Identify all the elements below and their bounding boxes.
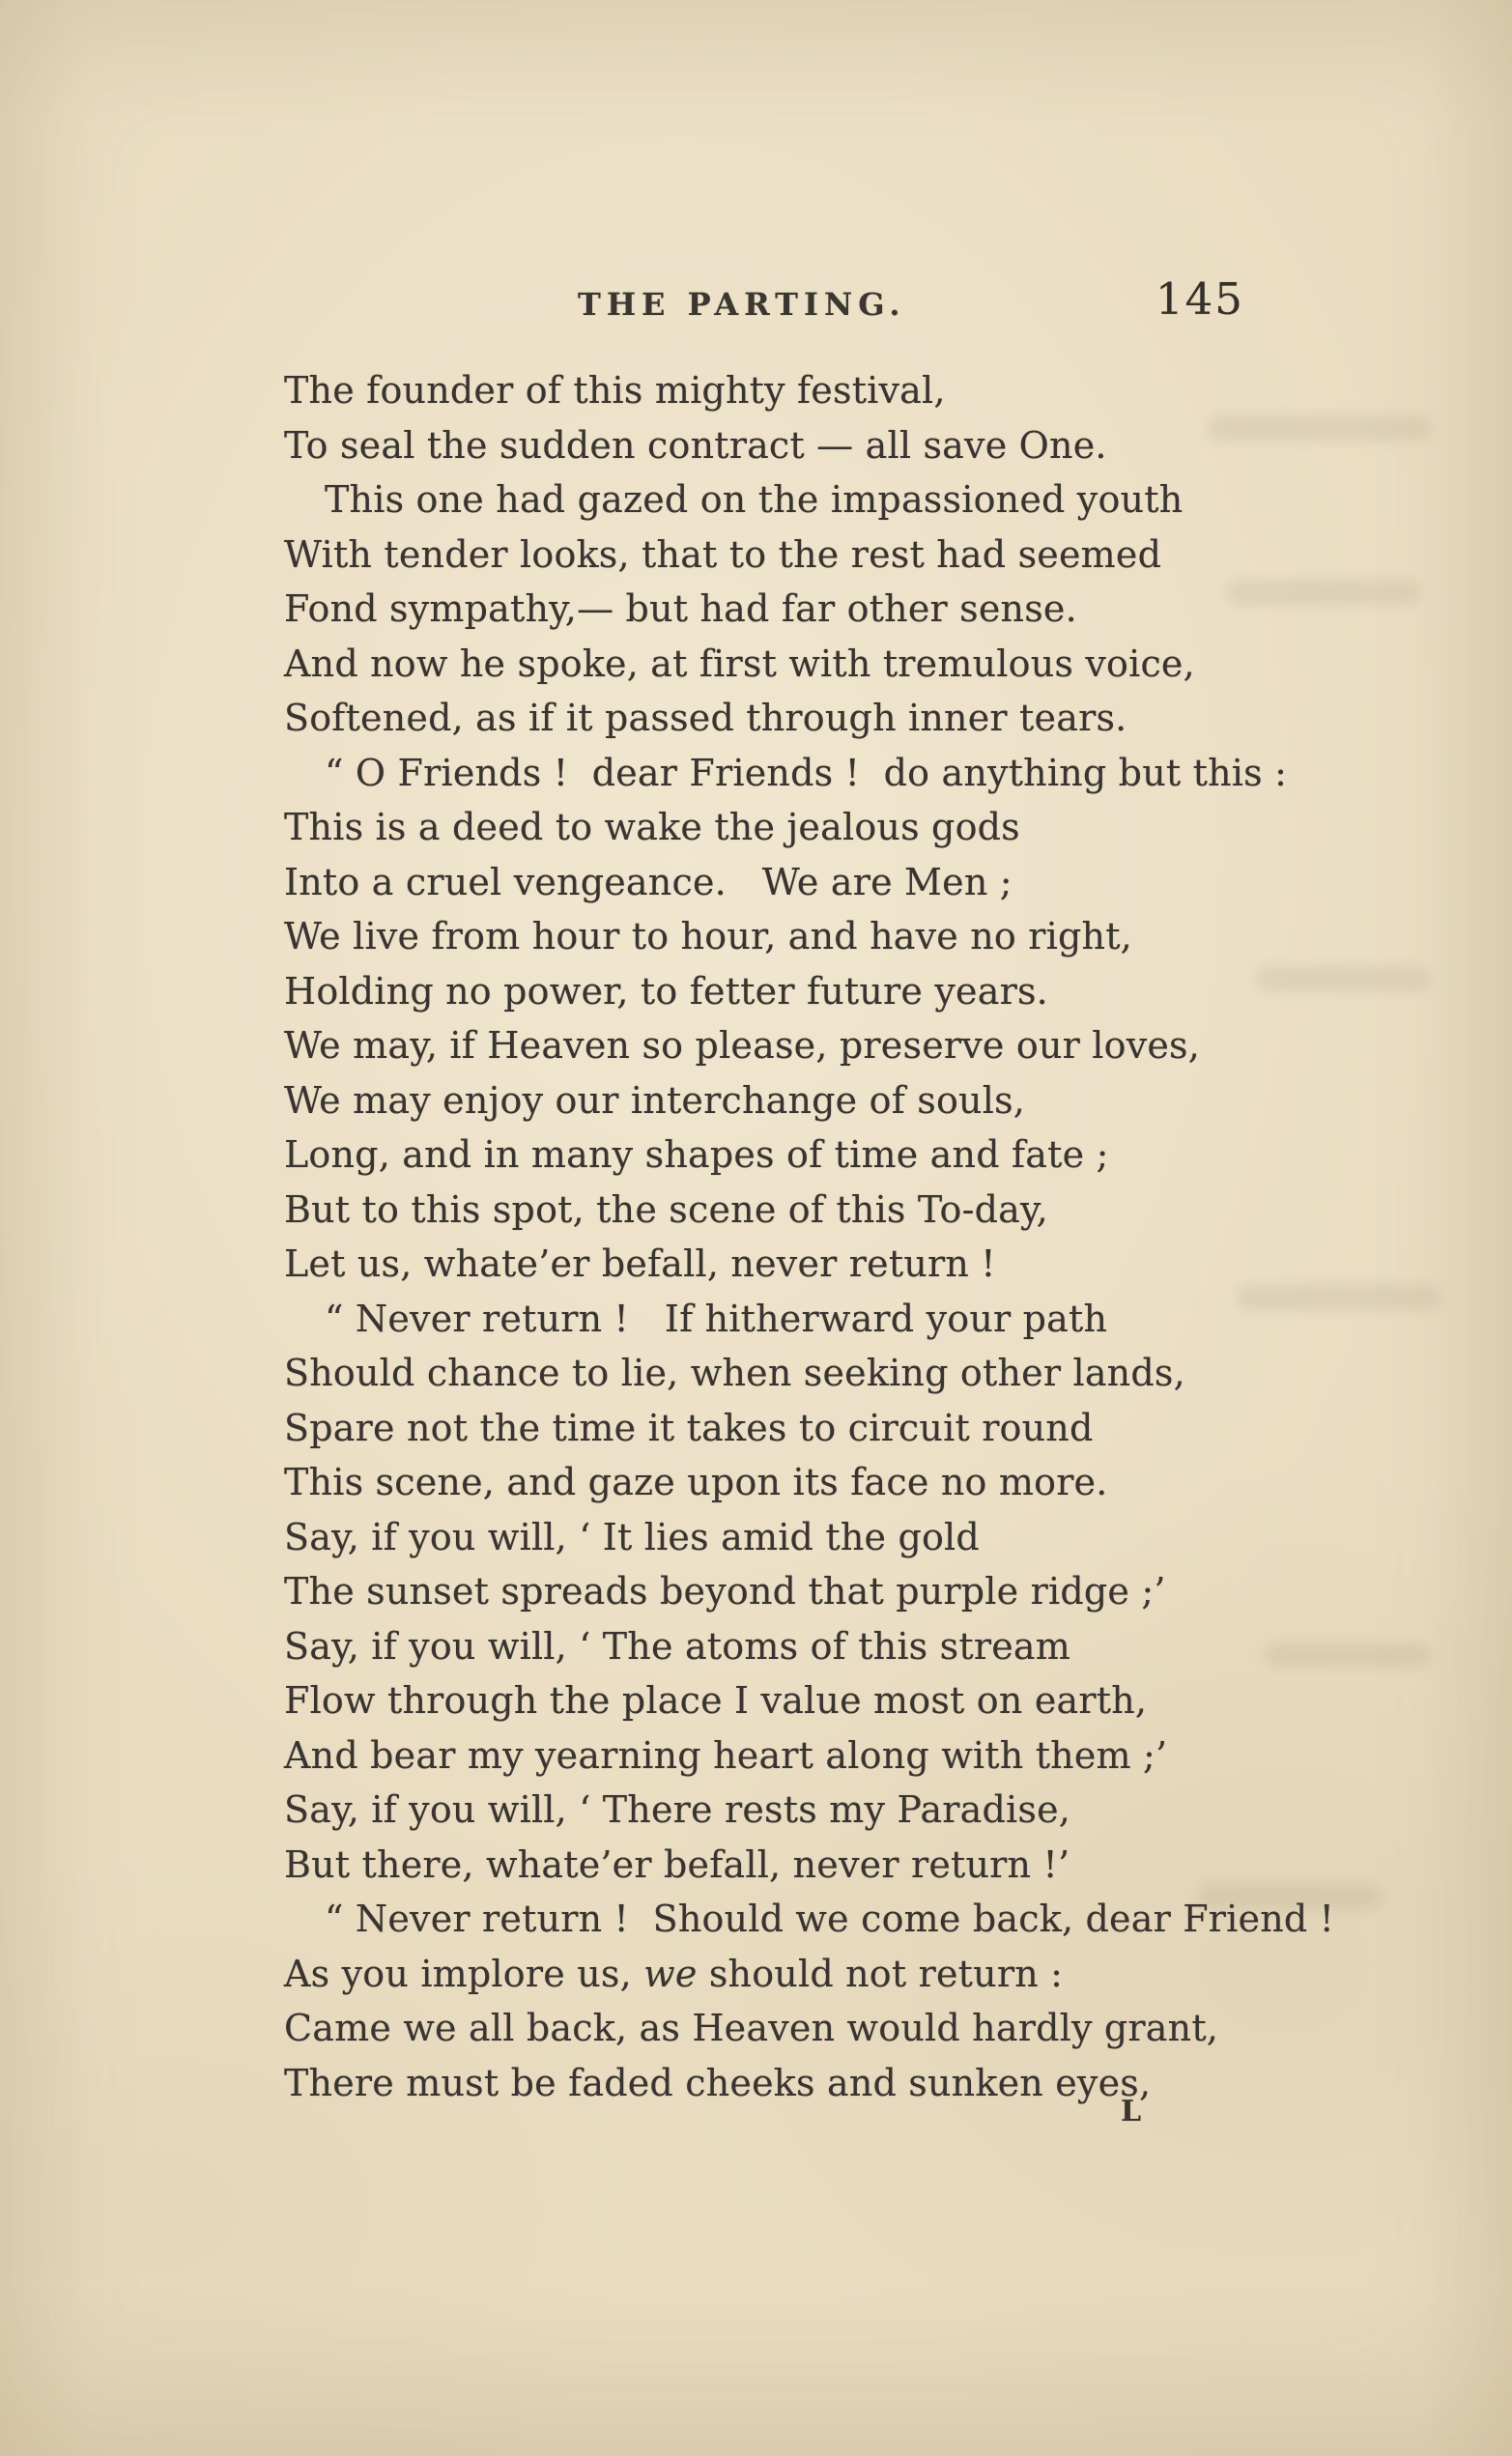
poem-line: Came we all back, as Heaven would hardly… (284, 2001, 1347, 2056)
poem-line: But there, whate’er befall, never return… (284, 1838, 1347, 1893)
poem-line: “ Never return ! Should we come back, de… (284, 1892, 1347, 1947)
poem-text-segment: Let us, whate’er befall, never return ! (284, 1242, 996, 1285)
poem-line: This one had gazed on the impassioned yo… (284, 472, 1347, 528)
poem-line: And bear my yearning heart along with th… (284, 1728, 1347, 1784)
poem-text-segment: Should chance to lie, when seeking other… (284, 1352, 1185, 1394)
poem-text-segment: “ O Friends ! dear Friends ! do anything… (325, 752, 1287, 794)
poem-text-segment: But there, whate’er befall, never return… (284, 1843, 1070, 1886)
poem-text-segment: There must be faded cheeks and sunken ey… (284, 2062, 1151, 2104)
showthrough-ghost (1208, 415, 1430, 441)
page-number: 145 (1155, 273, 1244, 325)
poem-text-segment: Holding no power, to fetter future years… (284, 970, 1048, 1013)
poem-line: Softened, as if it passed through inner … (284, 691, 1347, 746)
poem-line: And now he spoke, at first with tremulou… (284, 637, 1347, 692)
poem-line: Spare not the time it takes to circuit r… (284, 1401, 1347, 1456)
showthrough-ghost (1237, 1285, 1440, 1310)
running-head: THE PARTING. (578, 286, 906, 323)
poem-text-segment: should not return : (698, 1953, 1064, 1995)
poem-line: Holding no power, to fetter future years… (284, 964, 1347, 1019)
poem-text-segment: Came we all back, as Heaven would hardly… (284, 2007, 1218, 2049)
poem-line: Let us, whate’er befall, never return ! (284, 1237, 1347, 1292)
poem-text-segment: We may enjoy our interchange of souls, (284, 1079, 1025, 1122)
poem-text-segment: The founder of this mighty festival, (284, 369, 946, 412)
poem-text-segment: We may, if Heaven so please, preserve ou… (284, 1024, 1200, 1067)
poem-line: But to this spot, the scene of this To-d… (284, 1183, 1347, 1238)
poem-line: We may enjoy our interchange of souls, (284, 1073, 1347, 1128)
showthrough-ghost (1198, 1884, 1382, 1909)
poem-text-segment: Long, and in many shapes of time and fat… (284, 1133, 1109, 1176)
poem-line: Flow through the place I value most on e… (284, 1673, 1347, 1728)
poem-text-segment: But to this spot, the scene of this To-d… (284, 1188, 1048, 1231)
poem-text-segment: With tender looks, that to the rest had … (284, 533, 1161, 576)
poem-text-segment: Flow through the place I value most on e… (284, 1679, 1147, 1722)
poem-text-segment: This one had gazed on the impassioned yo… (325, 478, 1183, 521)
poem-text-segment: “ Never return ! If hitherward your path (325, 1298, 1107, 1340)
poem-word-italic: we (643, 1953, 697, 1995)
poem-line: As you implore us, we should not return … (284, 1947, 1347, 2002)
poem-line: Should chance to lie, when seeking other… (284, 1346, 1347, 1401)
showthrough-ghost (1227, 580, 1420, 605)
poem-line: Say, if you will, ‘ There rests my Parad… (284, 1783, 1347, 1838)
poem-line: To seal the sudden contract — all save O… (284, 418, 1347, 473)
poem-text-segment: Say, if you will, ‘ The atoms of this st… (284, 1625, 1070, 1668)
signature-mark: L (1121, 2095, 1141, 2128)
poem-text-segment: Fond sympathy,— but had far other sense. (284, 587, 1077, 630)
poem-text-segment: To seal the sudden contract — all save O… (284, 424, 1107, 467)
poem-text-segment: This is a deed to wake the jealous gods (284, 806, 1020, 848)
poem-text-segment: Say, if you will, ‘ It lies amid the gol… (284, 1516, 980, 1558)
poem-text-segment: We live from hour to hour, and have no r… (284, 915, 1132, 957)
poem-text-segment: And bear my yearning heart along with th… (284, 1734, 1167, 1777)
poem-text-segment: And now he spoke, at first with tremulou… (284, 643, 1195, 685)
poem-line: Long, and in many shapes of time and fat… (284, 1128, 1347, 1183)
poem-line: “ O Friends ! dear Friends ! do anything… (284, 746, 1347, 801)
showthrough-ghost (1266, 1642, 1430, 1668)
poem-text-segment: This scene, and gaze upon its face no mo… (284, 1461, 1108, 1503)
poem-line: There must be faded cheeks and sunken ey… (284, 2056, 1347, 2111)
poem-line: Into a cruel vengeance. We are Men ; (284, 855, 1347, 910)
book-page: THE PARTING. 145 The founder of this mig… (0, 0, 1512, 2456)
poem-line: With tender looks, that to the rest had … (284, 528, 1347, 583)
poem-text-segment: Say, if you will, ‘ There rests my Parad… (284, 1788, 1070, 1831)
poem-line: This scene, and gaze upon its face no mo… (284, 1455, 1347, 1510)
poem-line: The founder of this mighty festival, (284, 363, 1347, 418)
poem-line: Say, if you will, ‘ It lies amid the gol… (284, 1510, 1347, 1565)
poem-line: The sunset spreads beyond that purple ri… (284, 1564, 1347, 1619)
poem-text-segment: As you implore us, (284, 1953, 643, 1995)
poem-line: This is a deed to wake the jealous gods (284, 800, 1347, 855)
poem-line: We live from hour to hour, and have no r… (284, 909, 1347, 964)
poem-line: We may, if Heaven so please, preserve ou… (284, 1018, 1347, 1073)
poem-text-segment: The sunset spreads beyond that purple ri… (284, 1570, 1166, 1613)
poem-text-segment: Spare not the time it takes to circuit r… (284, 1407, 1094, 1449)
poem-line: Fond sympathy,— but had far other sense. (284, 582, 1347, 637)
poem-text-segment: Into a cruel vengeance. We are Men ; (284, 861, 1013, 903)
poem-text-segment: “ Never return ! Should we come back, de… (325, 1898, 1334, 1940)
poem-line: Say, if you will, ‘ The atoms of this st… (284, 1619, 1347, 1674)
showthrough-ghost (1256, 966, 1430, 991)
poem-text-block: The founder of this mighty festival,To s… (284, 363, 1347, 2110)
poem-line: “ Never return ! If hitherward your path (284, 1292, 1347, 1347)
poem-text-segment: Softened, as if it passed through inner … (284, 697, 1127, 739)
